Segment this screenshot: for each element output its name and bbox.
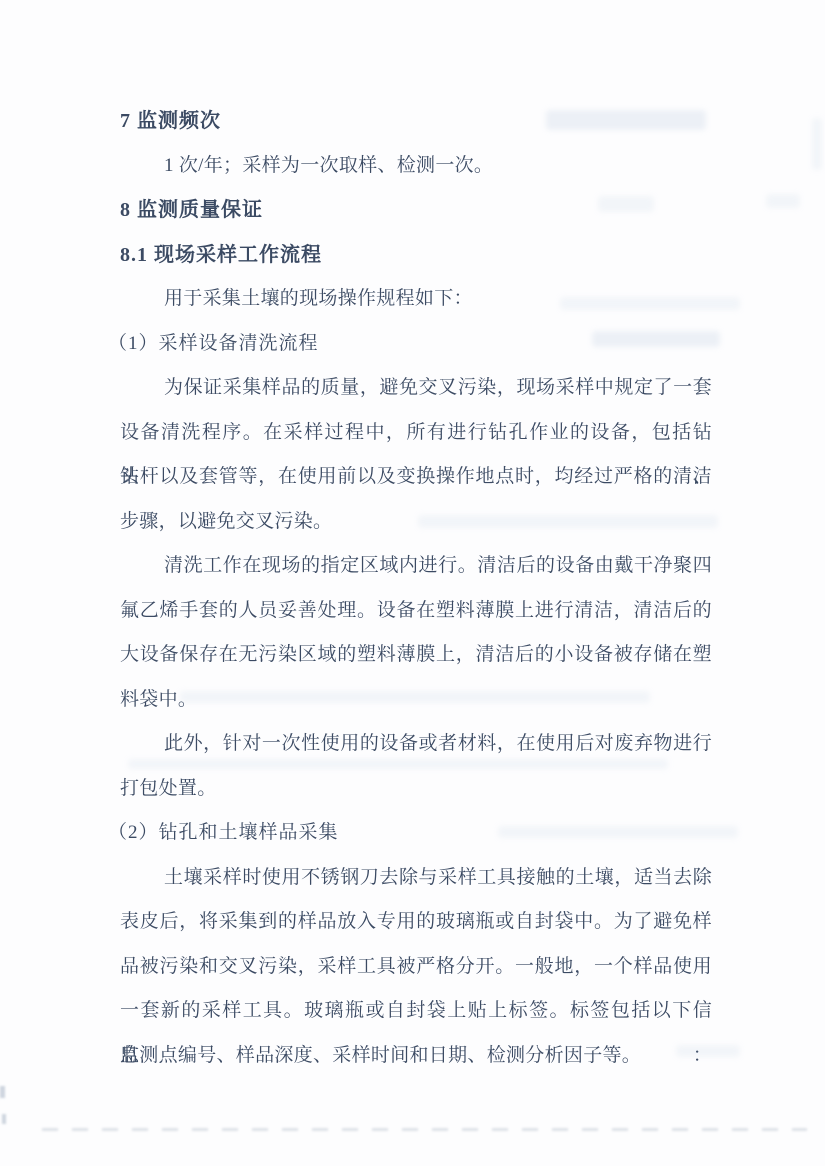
paragraph: 用于采集土壤的现场操作规程如下： (120, 277, 712, 322)
paragraph: 为保证采集样品的质量，避免交叉污染，现场采样中规定了一套设备清洗程序。在采样过程… (120, 366, 712, 544)
scan-edge-mark (0, 1086, 5, 1098)
text-line: 打包处置。 (120, 767, 712, 812)
text-line: 品被污染和交叉污染，采样工具被严格分开。一般地，一个样品使用 (120, 945, 712, 990)
text-line: 为保证采集样品的质量，避免交叉污染，现场采样中规定了一套 (120, 366, 712, 411)
text-line: 大设备保存在无污染区域的塑料薄膜上，清洁后的小设备被存储在塑 (120, 633, 712, 678)
text-line: 此外，针对一次性使用的设备或者材料，在使用后对废弃物进行 (120, 722, 712, 767)
scanned-document-page: 7 监测频次1 次/年；采样为一次取样、检测一次。8 监测质量保证8.1 现场采… (0, 0, 825, 1166)
paragraph: 1 次/年；采样为一次取样、检测一次。 (120, 144, 712, 189)
text-line: 表皮后，将采集到的样品放入专用的玻璃瓶或自封袋中。为了避免样 (120, 900, 712, 945)
paragraph: 清洗工作在现场的指定区域内进行。清洁后的设备由戴干净聚四氟乙烯手套的人员妥善处理… (120, 544, 712, 722)
text-line: 步骤，以避免交叉污染。 (120, 500, 712, 545)
subsection-heading: 8.1 现场采样工作流程 (120, 233, 712, 278)
text-line: 8 监测质量保证 (120, 188, 712, 233)
text-line: （2）钻孔和土壤样品采集 (108, 811, 712, 856)
text-line: 7 监测频次 (120, 99, 712, 144)
paragraph: 土壤采样时使用不锈钢刀去除与采样工具接触的土壤，适当去除表皮后，将采集到的样品放… (120, 856, 712, 1079)
scan-edge-line (42, 1128, 807, 1131)
text-line: （1）采样设备清洗流程 (108, 322, 712, 367)
list-label: （2）钻孔和土壤样品采集 (120, 811, 712, 856)
list-label: （1）采样设备清洗流程 (120, 322, 712, 367)
bleed-through-artifact (812, 118, 822, 170)
text-line: 设备清洗程序。在采样过程中，所有进行钻孔作业的设备，包括钻头、 (120, 411, 712, 456)
text-line: 1 次/年；采样为一次取样、检测一次。 (120, 144, 712, 189)
document-content: 7 监测频次1 次/年；采样为一次取样、检测一次。8 监测质量保证8.1 现场采… (120, 99, 712, 1078)
text-line: 料袋中。 (120, 678, 712, 723)
text-line: 土壤采样时使用不锈钢刀去除与采样工具接触的土壤，适当去除 (120, 856, 712, 901)
text-line: 钻杆以及套管等，在使用前以及变换操作地点时，均经过严格的清洁 (120, 455, 712, 500)
text-line: 用于采集土壤的现场操作规程如下： (120, 277, 712, 322)
text-line: 8.1 现场采样工作流程 (120, 233, 712, 278)
text-line: 氟乙烯手套的人员妥善处理。设备在塑料薄膜上进行清洁，清洁后的 (120, 589, 712, 634)
text-line: 监测点编号、样品深度、采样时间和日期、检测分析因子等。 (120, 1034, 712, 1079)
text-line: 清洗工作在现场的指定区域内进行。清洁后的设备由戴干净聚四 (120, 544, 712, 589)
paragraph: 此外，针对一次性使用的设备或者材料，在使用后对废弃物进行打包处置。 (120, 722, 712, 811)
bleed-through-artifact (766, 194, 800, 208)
scan-edge-mark (2, 1114, 6, 1124)
section-heading: 7 监测频次 (120, 99, 712, 144)
section-heading: 8 监测质量保证 (120, 188, 712, 233)
text-line: 一套新的采样工具。玻璃瓶或自封袋上贴上标签。标签包括以下信息： (120, 989, 712, 1034)
